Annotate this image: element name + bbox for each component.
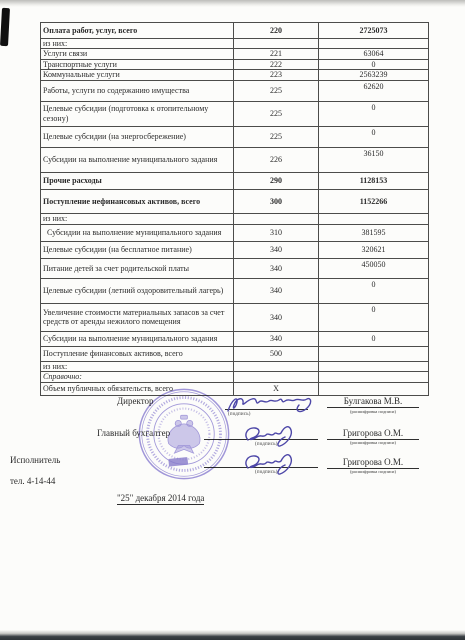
table-row: Питание детей за счет родительской платы… <box>41 258 429 278</box>
row-label: Целевые субсидии (на энергосбережение) <box>41 126 234 147</box>
row-code <box>234 39 319 49</box>
row-value <box>319 213 429 224</box>
table-row: Поступление нефинансовых активов, всего3… <box>41 189 429 213</box>
row-code: 310 <box>234 224 319 241</box>
row-code: 223 <box>234 70 319 80</box>
table-row: из них: <box>41 361 429 371</box>
executor-sign-caption: (подпись) <box>255 470 278 475</box>
executor-name: Григорова О.М. <box>327 457 419 467</box>
row-code: 340 <box>234 241 319 258</box>
table-row: Субсидии на выполнение муниципального за… <box>41 147 429 172</box>
row-value: 0 <box>319 126 429 147</box>
table-row: Целевые субсидии (летний оздоровительный… <box>41 278 429 303</box>
row-value: 381595 <box>319 224 429 241</box>
row-label: Коммунальные услуги <box>41 70 234 80</box>
row-label: Транспортные услуги <box>41 59 234 69</box>
budget-table-body: Оплата работ, услуг, всего2202725073из н… <box>41 23 429 396</box>
row-code: 290 <box>234 172 319 189</box>
row-label: Поступление финансовых активов, всего <box>41 346 234 361</box>
row-label: Увеличение стоимости материальных запасо… <box>41 303 234 331</box>
chief-accountant-name-caption: (расшифровка подписи) <box>344 440 402 446</box>
row-value <box>319 372 429 382</box>
row-code: 225 <box>234 126 319 147</box>
stamp-inner-mark <box>168 457 188 467</box>
table-row: Субсидии на выполнение муниципального за… <box>41 331 429 346</box>
row-value: 0 <box>319 101 429 126</box>
budget-table: Оплата работ, услуг, всего2202725073из н… <box>40 22 429 396</box>
table-row: Прочие расходы2901128153 <box>41 172 429 189</box>
scan-edge-top <box>0 0 465 7</box>
row-label: Справочно: <box>41 372 234 382</box>
row-code: 226 <box>234 147 319 172</box>
document-date: "25" декабря 2014 года <box>117 493 204 505</box>
row-value: 2725073 <box>319 23 429 39</box>
row-value: 450050 <box>319 258 429 278</box>
row-label: Прочие расходы <box>41 172 234 189</box>
row-value: 2563239 <box>319 70 429 80</box>
round-stamp-seal <box>136 386 232 482</box>
table-row: Услуги связи22163064 <box>41 49 429 59</box>
stamp-eagle-emblem <box>168 415 200 453</box>
table-row: Справочно: <box>41 372 429 382</box>
row-label: Целевые субсидии (на бесплатное питание) <box>41 241 234 258</box>
row-label: Поступление нефинансовых активов, всего <box>41 189 234 213</box>
director-name-block: Булгакова М.В. (расшифровка подписи) <box>327 396 419 415</box>
row-label: из них: <box>41 213 234 224</box>
row-value <box>319 346 429 361</box>
row-value: 320621 <box>319 241 429 258</box>
table-row: из них: <box>41 213 429 224</box>
row-value <box>319 39 429 49</box>
row-label: Услуги связи <box>41 49 234 59</box>
row-label: из них: <box>41 361 234 371</box>
row-code <box>234 213 319 224</box>
director-name: Булгакова М.В. <box>327 396 419 406</box>
row-code: 340 <box>234 303 319 331</box>
row-label: Работы, услуги по содержанию имущества <box>41 80 234 101</box>
chief-accountant-name: Григорова О.М. <box>327 428 419 438</box>
row-value: 0 <box>319 303 429 331</box>
table-row: Работы, услуги по содержанию имущества22… <box>41 80 429 101</box>
chief-accountant-name-block: Григорова О.М. (расшифровка подписи) <box>327 428 419 446</box>
table-row: Целевые субсидии (на энергосбережение)22… <box>41 126 429 147</box>
row-code: 222 <box>234 59 319 69</box>
chief-accountant-sign-caption: (подпись) <box>255 442 278 447</box>
scan-artifact-left <box>0 8 10 46</box>
row-label: Субсидии на выполнение муниципального за… <box>41 331 234 346</box>
row-value: 0 <box>319 331 429 346</box>
director-name-caption: (расшифровка подписи) <box>327 409 419 415</box>
row-code <box>234 361 319 371</box>
executor-phone: тел. 4-14-44 <box>10 476 55 486</box>
director-name-line <box>327 407 419 408</box>
row-code: 340 <box>234 258 319 278</box>
table-row: Поступление финансовых активов, всего500 <box>41 346 429 361</box>
executor-name-block: Григорова О.М. (расшифровка подписи) <box>327 457 419 475</box>
row-code: 225 <box>234 80 319 101</box>
row-value <box>319 361 429 371</box>
row-value: 62620 <box>319 80 429 101</box>
table-row: Целевые субсидии (на бесплатное питание)… <box>41 241 429 258</box>
executor-name-caption: (расшифровка подписи) <box>344 469 402 475</box>
row-code <box>234 372 319 382</box>
scanned-document-page: Оплата работ, услуг, всего2202725073из н… <box>0 0 465 640</box>
table-row: Увеличение стоимости материальных запасо… <box>41 303 429 331</box>
row-code: 220 <box>234 23 319 39</box>
row-code: 221 <box>234 49 319 59</box>
row-label: Целевые субсидии (подготовка к отопитель… <box>41 101 234 126</box>
row-value: 1152266 <box>319 189 429 213</box>
row-label: Оплата работ, услуг, всего <box>41 23 234 39</box>
row-code: 500 <box>234 346 319 361</box>
row-value: 0 <box>319 59 429 69</box>
row-value: 0 <box>319 278 429 303</box>
row-value <box>319 382 429 395</box>
table-row: Коммунальные услуги2232563239 <box>41 70 429 80</box>
table-row: Целевые субсидии (подготовка к отопитель… <box>41 101 429 126</box>
row-label: из них: <box>41 39 234 49</box>
row-value: 1128153 <box>319 172 429 189</box>
row-label: Питание детей за счет родительской платы <box>41 258 234 278</box>
row-code: 340 <box>234 331 319 346</box>
table-row: Транспортные услуги2220 <box>41 59 429 69</box>
scan-edge-bottom <box>0 630 465 640</box>
executor-title: Исполнитель <box>10 455 60 465</box>
row-label: Субсидии на выполнение муниципального за… <box>41 147 234 172</box>
table-row: из них: <box>41 39 429 49</box>
row-label: Субсидии на выполнение муниципального за… <box>41 224 234 241</box>
row-code: 225 <box>234 101 319 126</box>
row-code: 300 <box>234 189 319 213</box>
table-row: Субсидии на выполнение муниципального за… <box>41 224 429 241</box>
table-row: Оплата работ, услуг, всего2202725073 <box>41 23 429 39</box>
row-code: 340 <box>234 278 319 303</box>
row-value: 36150 <box>319 147 429 172</box>
row-value: 63064 <box>319 49 429 59</box>
row-label: Целевые субсидии (летний оздоровительный… <box>41 278 234 303</box>
